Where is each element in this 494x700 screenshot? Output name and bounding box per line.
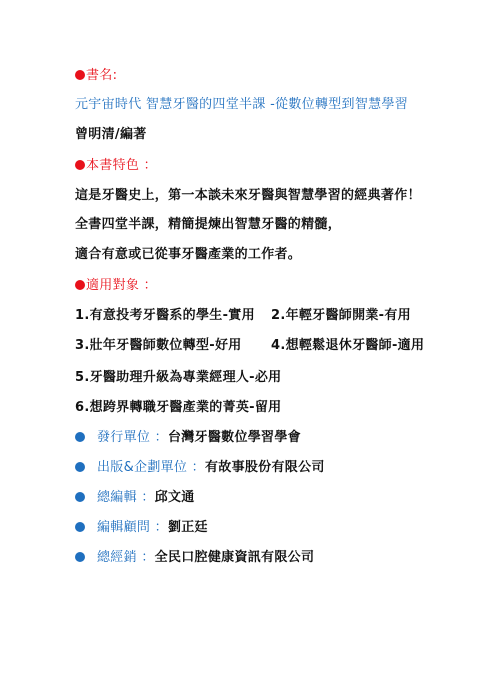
credit-planning: 出版&企劃單位 ：有故事股份有限公司 [75,460,325,476]
features-heading: 本書特色 ： [75,158,157,174]
audience-item: 1.有意投考牙醫系的學生-實用 [75,308,255,324]
credit-publisher: 發行單位 ：台灣牙醫數位學習學會 [75,430,301,446]
red-bullet-icon [75,160,85,170]
credit-editorial-advisor: 編輯顧問 ：劉正廷 [75,520,208,536]
audience-item: 5.牙醫助理升級為專業經理人-必用 [75,370,281,386]
credit-chief-editor: 總編輯 ：邱文通 [75,490,195,506]
book-author: 曾明清/編著 [75,127,147,143]
credit-label: 出版&企劃單位 ： [97,460,205,475]
credit-value: 劉正廷 [168,520,208,535]
audience-item: 6.想跨界轉職牙醫產業的菁英-留用 [75,400,281,416]
blue-bullet-icon [75,522,85,532]
audience-item: 4.想輕鬆退休牙醫師-適用 [271,338,424,354]
heading-text: 適用對象 ： [86,278,157,293]
book-title: 元宇宙時代 智慧牙醫的四堂半課 -從數位轉型到智慧學習 [75,97,408,113]
audience-heading: 適用對象 ： [75,278,157,294]
audience-item: 2.年輕牙醫師開業-有用 [271,308,411,324]
feature-line: 適合有意或已從事牙醫產業的工作者。 [75,247,301,263]
heading-text: 書名: [86,68,117,83]
credit-value: 全民口腔健康資訊有限公司 [155,550,315,565]
red-bullet-icon [75,70,85,80]
feature-line: 全書四堂半課，精簡提煉出智慧牙醫的精髓， [75,217,341,233]
credit-label: 發行單位 ： [97,430,168,445]
credit-distributor: 總經銷 ：全民口腔健康資訊有限公司 [75,550,314,566]
document-page: 書名: 元宇宙時代 智慧牙醫的四堂半課 -從數位轉型到智慧學習 曾明清/編著 本… [0,0,494,700]
credit-value: 有故事股份有限公司 [205,460,325,475]
heading-text: 本書特色 ： [86,158,157,173]
audience-item: 3.壯年牙醫師數位轉型-好用 [75,338,242,354]
book-name-heading: 書名: [75,68,117,84]
blue-bullet-icon [75,432,85,442]
credit-label: 編輯顧問 ： [97,520,168,535]
blue-bullet-icon [75,492,85,502]
feature-line: 這是牙醫史上，第一本談未來牙醫與智慧學習的經典著作！ [75,188,421,204]
credit-value: 台灣牙醫數位學習學會 [168,430,301,445]
credit-label: 總經銷 ： [97,550,155,565]
red-bullet-icon [75,280,85,290]
blue-bullet-icon [75,462,85,472]
credit-label: 總編輯 ： [97,490,155,505]
credit-value: 邱文通 [155,490,195,505]
blue-bullet-icon [75,552,85,562]
